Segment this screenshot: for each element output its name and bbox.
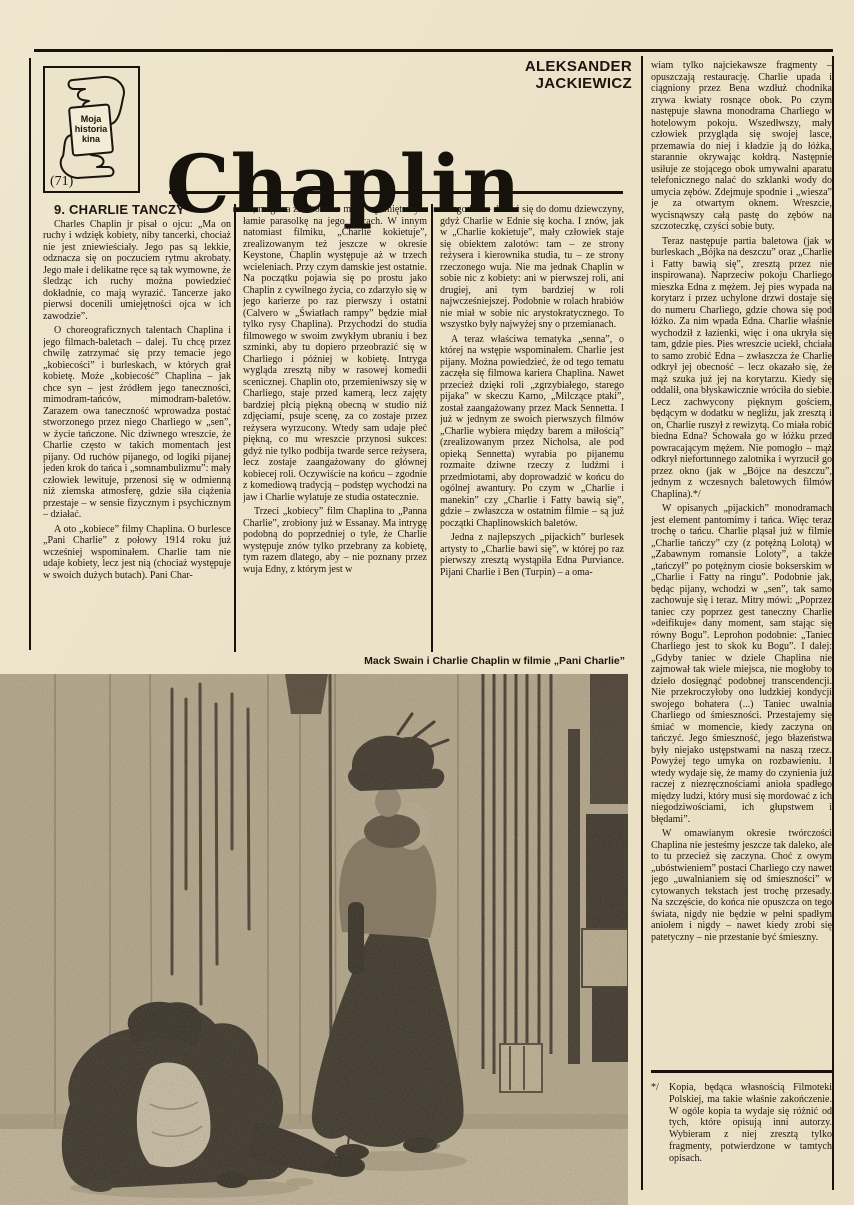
paragraph: A teraz właściwa tematyka „senna”, o któ… — [440, 334, 624, 530]
column-3-text: niezgodzie – dostać się do domu dziewczy… — [440, 204, 624, 578]
hands-frame-icon: Moja historia kina (71) — [45, 68, 138, 191]
author-line-2: JACKIEWICZ — [432, 76, 632, 93]
photo-caption: Mack Swain i Charlie Chaplin w filmie „P… — [225, 655, 625, 667]
paragraph: W opisanych „pijackich” monodramach jest… — [651, 503, 832, 825]
column-2-text: lie, megiera zazdrosna o męża – pamiętam… — [243, 204, 427, 575]
paragraph: wiam tylko najciekawsze fragmenty – opus… — [651, 60, 832, 233]
title-underline — [169, 191, 623, 194]
column-1-text: Charles Chaplin jr pisał o ojcu: „Ma on … — [43, 219, 231, 582]
article-column-4: wiam tylko najciekawsze fragmenty – opus… — [651, 60, 832, 1064]
paragraph: Teraz następuje partia baletowa (jak w b… — [651, 236, 832, 501]
paragraph: Trzeci „kobiecy” film Chaplina to „Panna… — [243, 506, 427, 575]
column-divider-1 — [234, 204, 236, 652]
paragraph: Jedna z najlepszych „pijackich” burlesek… — [440, 532, 624, 578]
magazine-page: Moja historia kina (71) Chaplin ALEKSAND… — [0, 0, 854, 1205]
article-column-1: 9. CHARLIE TAŃCZY Charles Chaplin jr pis… — [43, 204, 231, 654]
series-number: (71) — [50, 174, 74, 189]
paragraph: lie, megiera zazdrosna o męża – pamiętam… — [243, 204, 427, 503]
author-byline: ALEKSANDER JACKIEWICZ — [432, 59, 632, 92]
column-divider-2 — [431, 204, 433, 652]
photo-grain — [0, 674, 628, 1205]
paragraph: W omawianym okresie twórczości Chaplina … — [651, 828, 832, 943]
paragraph: O choreograficznych talentach Chaplina i… — [43, 325, 231, 521]
column-4-text: wiam tylko najciekawsze fragmenty – opus… — [651, 60, 832, 943]
paragraph: niezgodzie – dostać się do domu dziewczy… — [440, 204, 624, 331]
column-divider-3 — [641, 56, 643, 1190]
article-column-3: niezgodzie – dostać się do domu dziewczy… — [440, 204, 624, 654]
section-heading: 9. CHARLIE TAŃCZY — [43, 204, 231, 216]
film-still-photo — [0, 674, 628, 1205]
top-rule — [34, 49, 833, 52]
footnote-rule — [651, 1070, 832, 1073]
paragraph: Charles Chaplin jr pisał o ojcu: „Ma on … — [43, 219, 231, 323]
paragraph: A oto „kobiece” filmy Chaplina. O burles… — [43, 524, 231, 582]
article-column-2: lie, megiera zazdrosna o męża – pamiętam… — [243, 204, 427, 654]
logo-word-1: Moja — [81, 114, 102, 124]
film-still-illustration — [0, 674, 628, 1205]
footnote: */ Kopia, będąca własnością Filmoteki Po… — [651, 1082, 832, 1165]
footnote-text: Kopia, będąca własnością Filmoteki Polsk… — [669, 1082, 832, 1164]
logo-word-2: historia — [75, 124, 109, 134]
footnote-marker: */ — [651, 1082, 659, 1094]
series-logo-box: Moja historia kina (71) — [43, 66, 140, 193]
logo-word-3: kina — [82, 134, 101, 144]
author-line-1: ALEKSANDER — [432, 59, 632, 76]
left-edge-rule — [29, 58, 31, 650]
right-edge-rule — [832, 56, 834, 1190]
